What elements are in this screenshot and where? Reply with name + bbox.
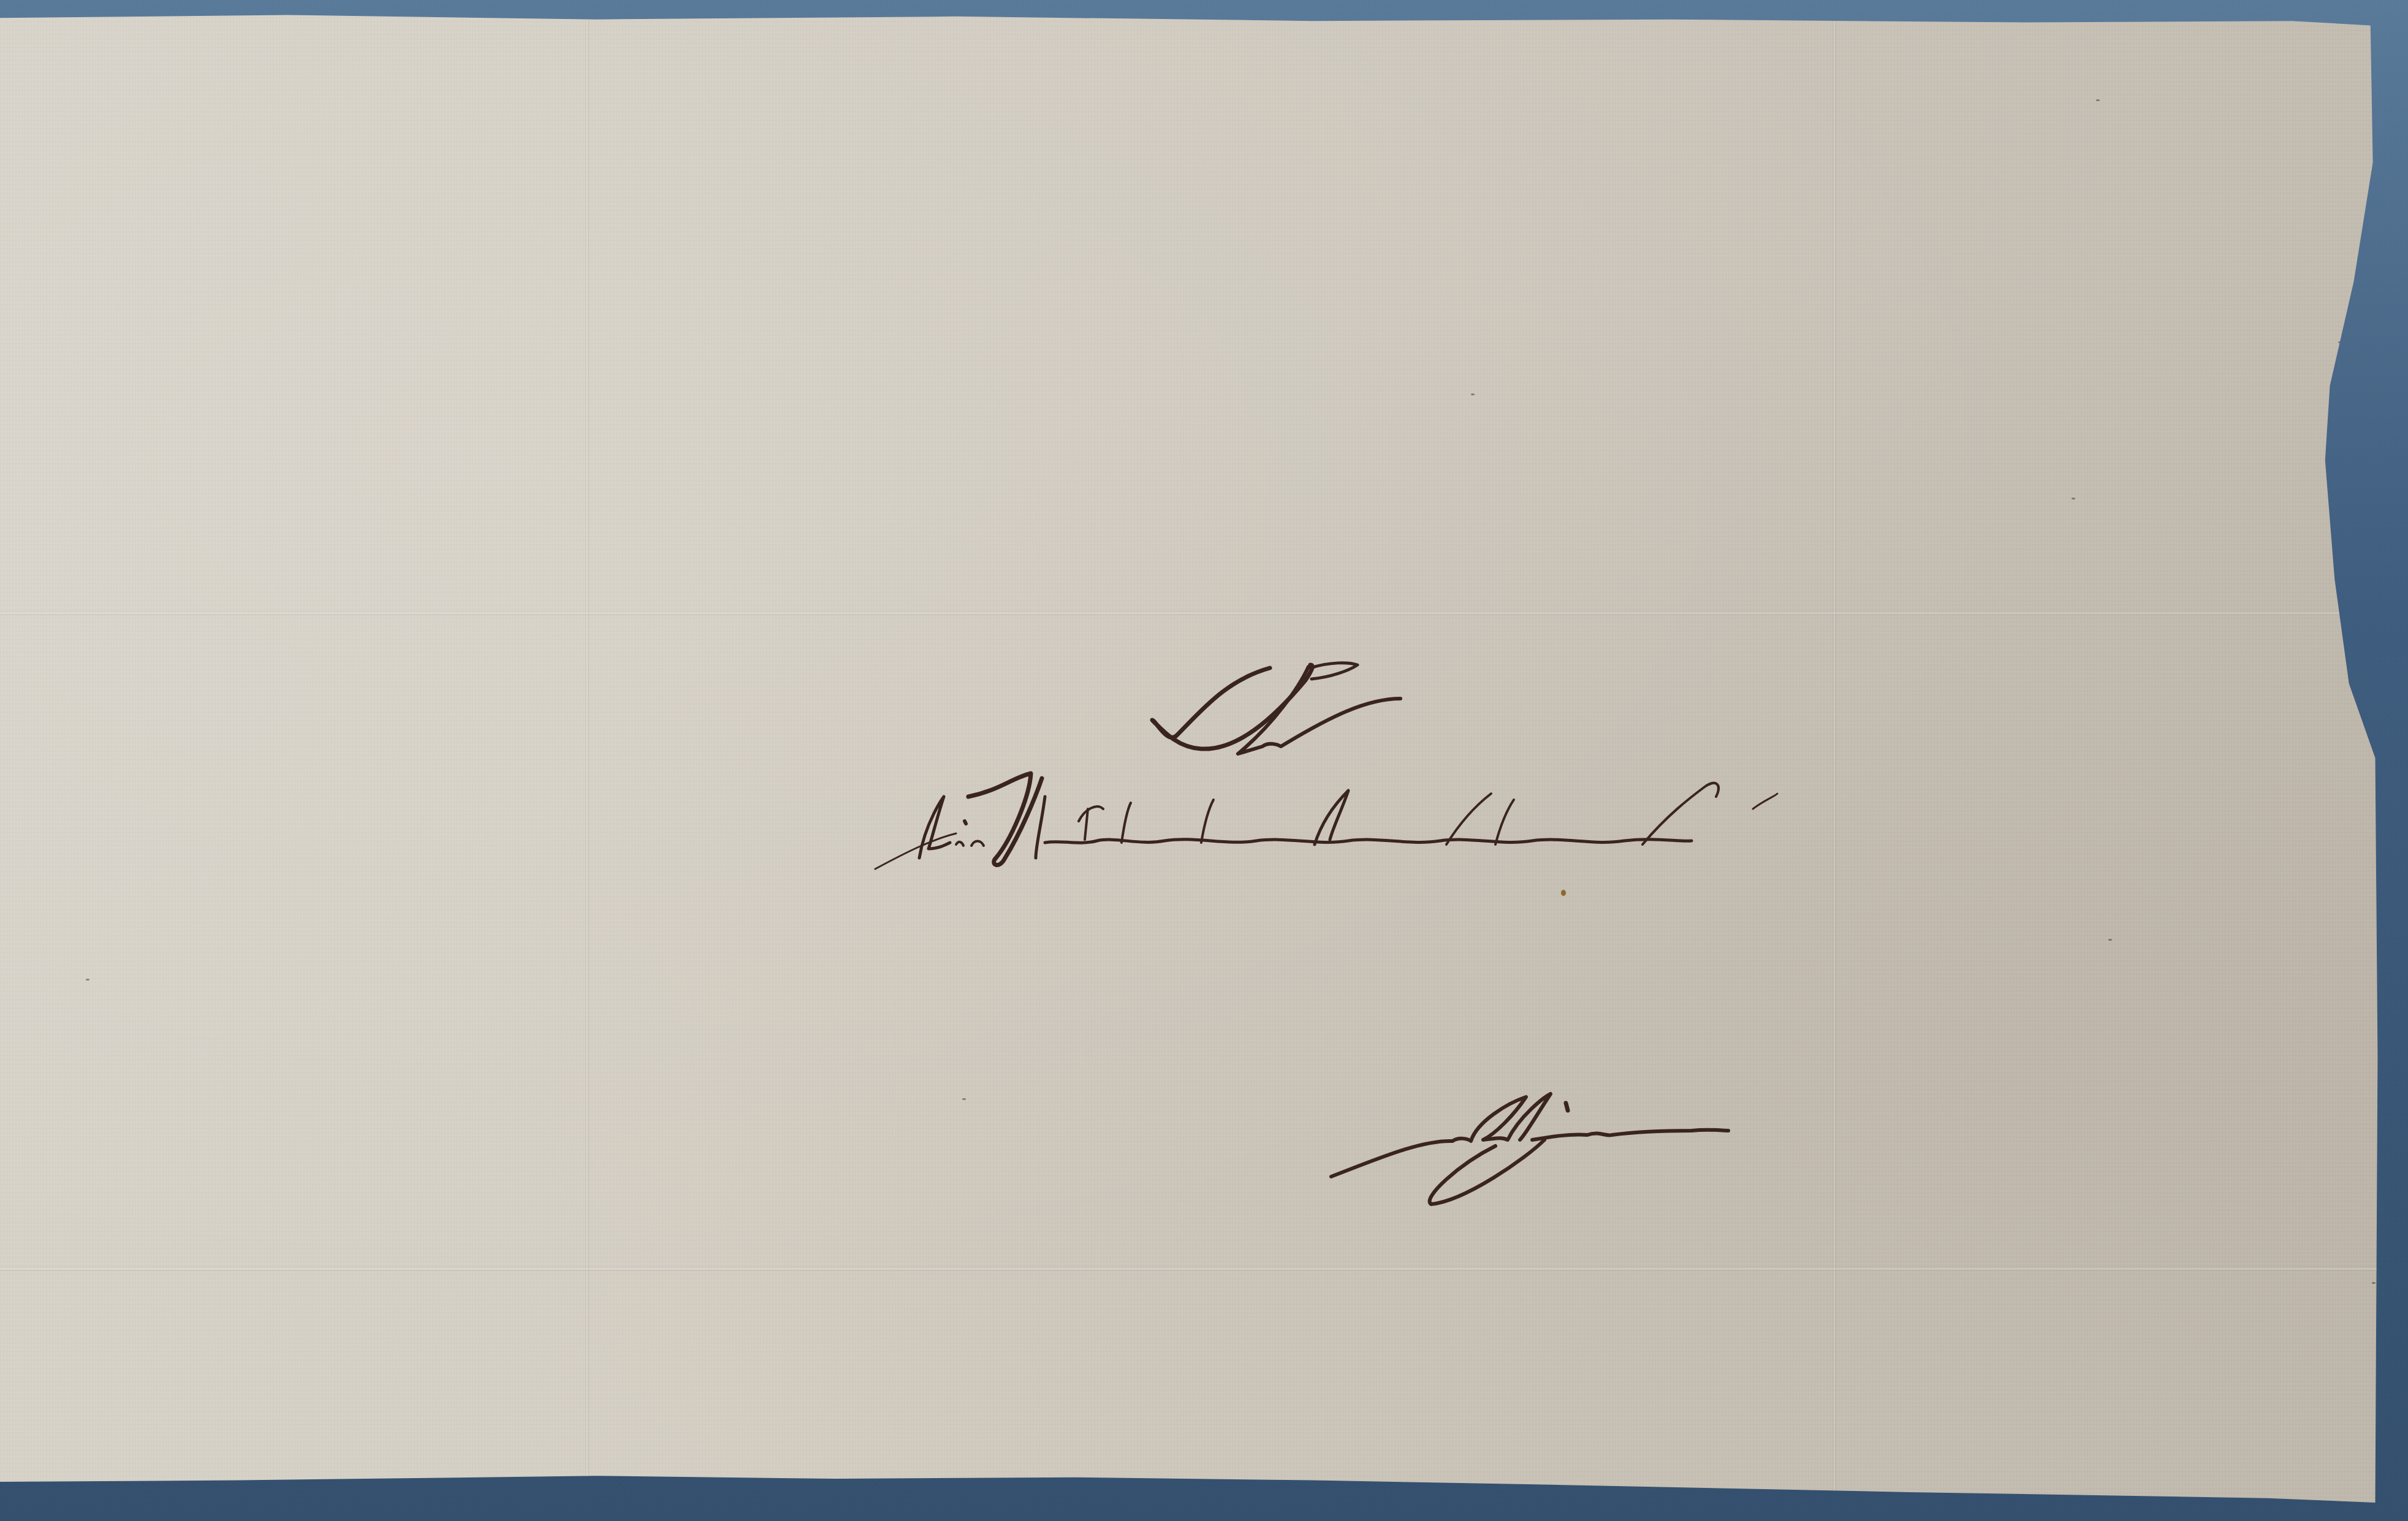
handwriting-line-allhier	[1331, 1094, 1728, 1204]
handwriting-line-an	[1152, 663, 1400, 754]
handwritten-address	[0, 0, 2408, 1521]
handwriting-line-stadtcommandantur	[875, 773, 1777, 869]
